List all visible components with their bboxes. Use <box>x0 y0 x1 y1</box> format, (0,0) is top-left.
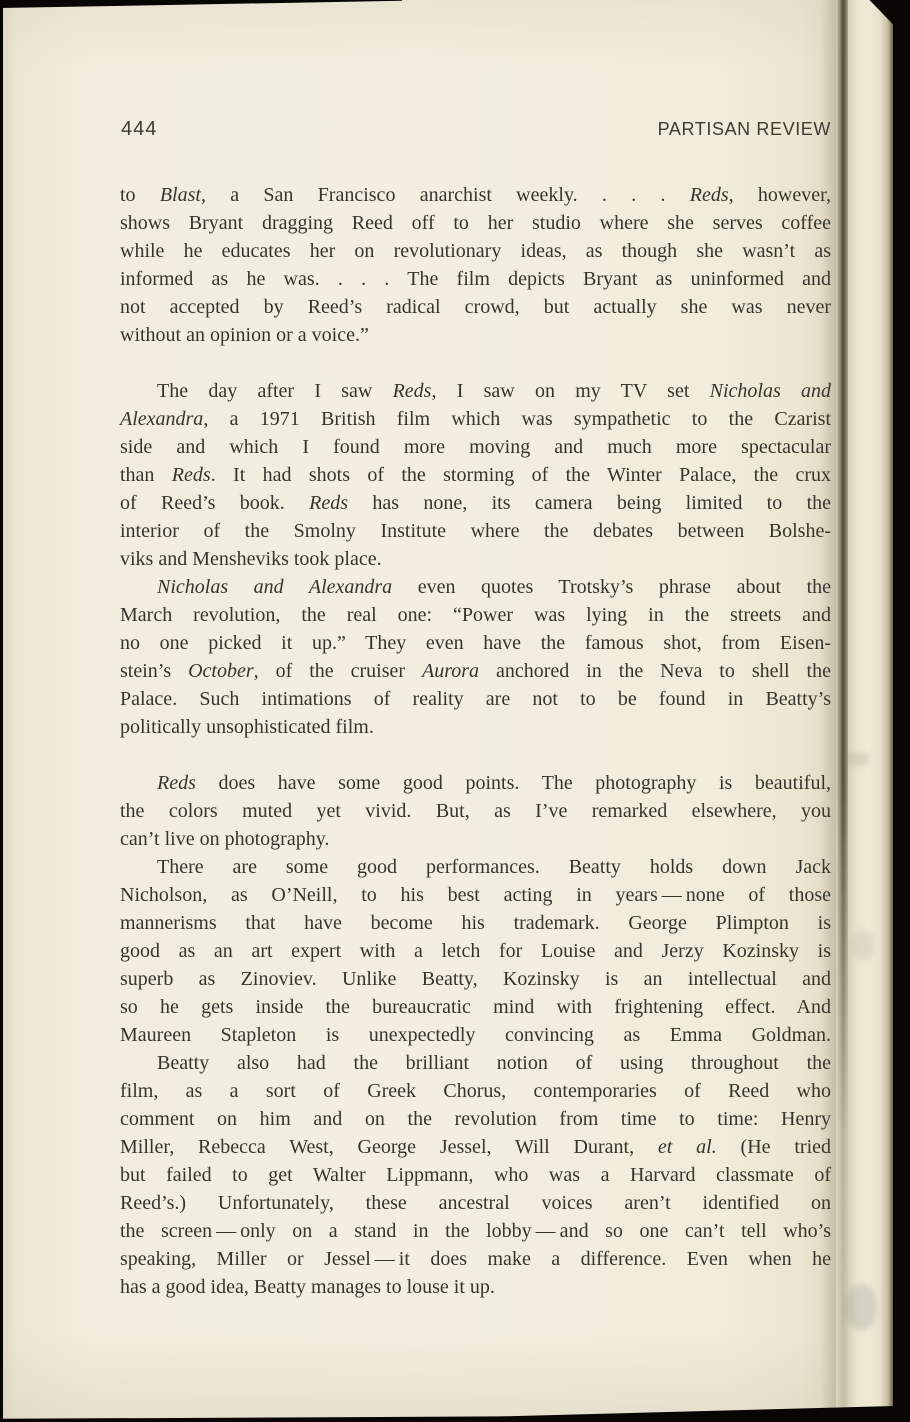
text-line: stein’s October, of the cruiser Aurora a… <box>120 657 831 685</box>
paragraph: Beatty also had the brilliant notion of … <box>120 1049 831 1301</box>
running-header: 444 PARTISAN REVIEW <box>121 118 831 141</box>
text-line: Alexandra, a 1971 British film which was… <box>120 405 831 433</box>
text-line: but failed to get Walter Lippmann, who w… <box>120 1161 831 1189</box>
scan-edge-left <box>0 0 3 1422</box>
journal-title: PARTISAN REVIEW <box>658 119 831 140</box>
scan-edge-top <box>0 0 402 8</box>
text-line: not accepted by Reed’s radical crowd, bu… <box>120 293 831 321</box>
text-line: Miller, Rebecca West, George Jessel, Wil… <box>120 1133 831 1161</box>
text-line: Maureen Stapleton is unexpectedly convin… <box>120 1021 831 1049</box>
text-line: shows Bryant dragging Reed off to her st… <box>120 209 831 237</box>
text-line: can’t live on photography. <box>120 825 831 853</box>
text-line: politically unsophisticated film. <box>120 713 831 741</box>
text-line: has a good idea, Beatty manages to louse… <box>120 1273 831 1301</box>
text-line: film, as a sort of Greek Chorus, contemp… <box>120 1077 831 1105</box>
edge-stain <box>852 930 874 960</box>
text-line: mannerisms that have become his trademar… <box>120 909 831 937</box>
text-block: to Blast, a San Francisco anarchist week… <box>120 181 831 1301</box>
paragraph: The day after I saw Reds, I saw on my TV… <box>120 377 831 573</box>
text-line: without an opinion or a voice.” <box>120 321 831 349</box>
text-line: The day after I saw Reds, I saw on my TV… <box>120 377 831 405</box>
scanned-journal-page: 444 PARTISAN REVIEW to Blast, a San Fran… <box>0 0 910 1422</box>
text-line: of Reed’s book. Reds has none, its camer… <box>120 489 831 517</box>
text-line: Nicholas and Alexandra even quotes Trots… <box>120 573 831 601</box>
text-line: the screen — only on a stand in the lobb… <box>120 1217 831 1245</box>
paragraph: Nicholas and Alexandra even quotes Trots… <box>120 573 831 741</box>
text-line: so he gets inside the bureaucratic mind … <box>120 993 831 1021</box>
text-line: viks and Mensheviks took place. <box>120 545 831 573</box>
text-line: side and which I found more moving and m… <box>120 433 831 461</box>
scan-edge-right <box>893 0 910 1422</box>
page-curve-shadow <box>820 0 836 1422</box>
text-line: Beatty also had the brilliant notion of … <box>120 1049 831 1077</box>
text-line: while he educates her on revolutionary i… <box>120 237 831 265</box>
text-line: good as an art expert with a letch for L… <box>120 937 831 965</box>
text-line: no one picked it up.” They even have the… <box>120 629 831 657</box>
text-line: speaking, Miller or Jessel — it does mak… <box>120 1245 831 1273</box>
edge-stain <box>846 1284 876 1330</box>
text-line: interior of the Smolny Institute where t… <box>120 517 831 545</box>
text-line: the colors muted yet vivid. But, as I’ve… <box>120 797 831 825</box>
text-line: Reed’s.) Unfortunately, these ancestral … <box>120 1189 831 1217</box>
scan-edge-bottom <box>0 1402 910 1422</box>
text-line: March revolution, the real one: “Power w… <box>120 601 831 629</box>
page-number: 444 <box>121 118 157 141</box>
text-line: Reds does have some good points. The pho… <box>120 769 831 797</box>
text-line: Nicholson, as O’Neill, to his best actin… <box>120 881 831 909</box>
text-line: Palace. Such intimations of reality are … <box>120 685 831 713</box>
text-line: superb as Zinoviev. Unlike Beatty, Kozin… <box>120 965 831 993</box>
edge-stain <box>844 752 870 766</box>
text-line: informed as he was. . . . The film depic… <box>120 265 831 293</box>
paragraph: to Blast, a San Francisco anarchist week… <box>120 181 831 349</box>
text-line: comment on him and on the revolution fro… <box>120 1105 831 1133</box>
text-line: than Reds. It had shots of the storming … <box>120 461 831 489</box>
paragraph: Reds does have some good points. The pho… <box>120 769 831 853</box>
paragraph: There are some good performances. Beatty… <box>120 853 831 1049</box>
book-fore-edge <box>848 0 894 1422</box>
text-line: There are some good performances. Beatty… <box>120 853 831 881</box>
text-line: to Blast, a San Francisco anarchist week… <box>120 181 831 209</box>
